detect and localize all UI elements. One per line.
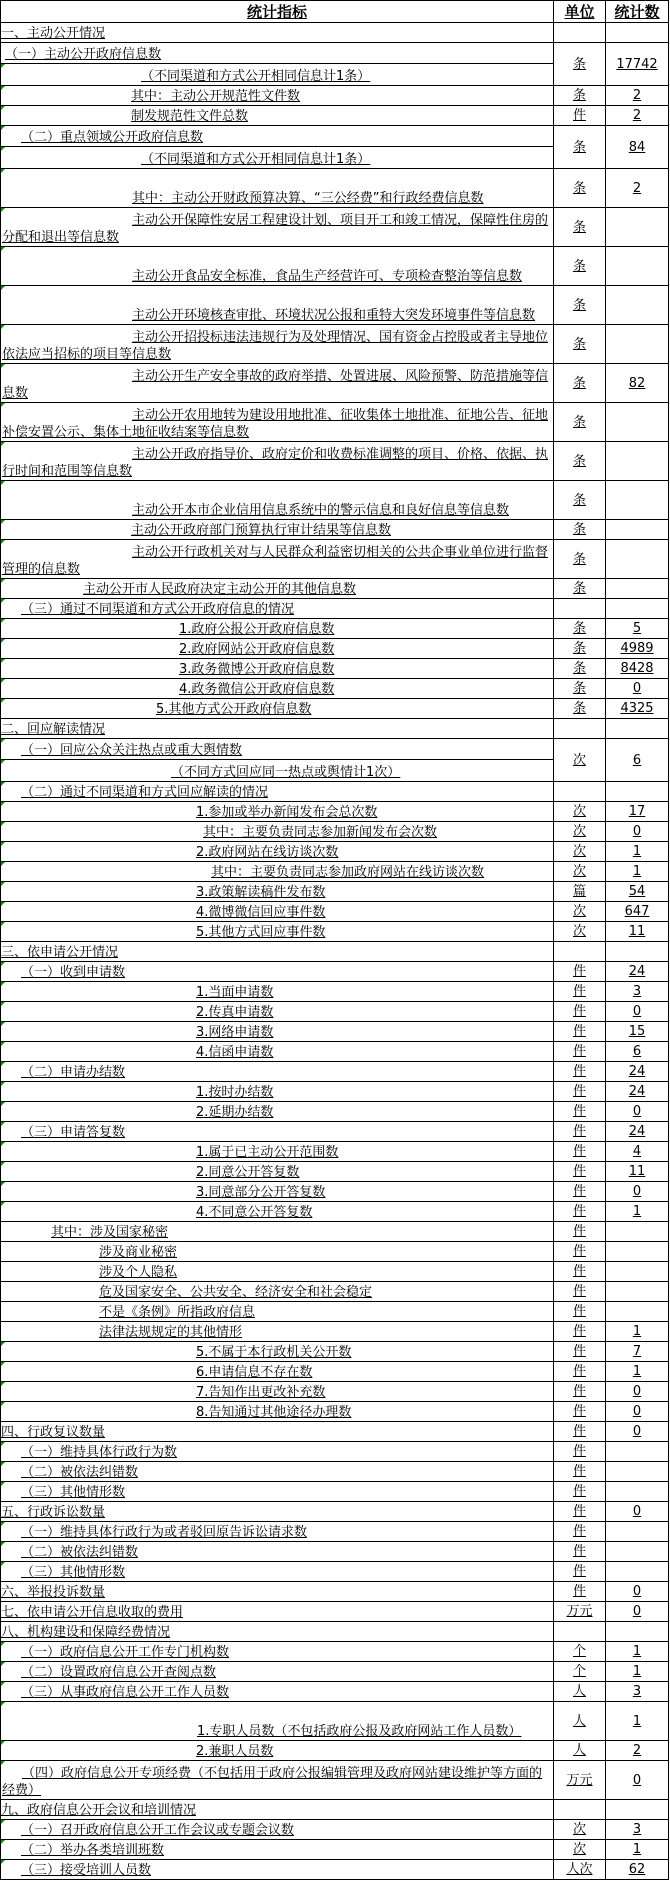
row-unit: 次 [554,862,606,882]
table-row: 主动公开政府指导价、政府定价和收费标准调整的项目、价格、依据、执行时间和范围等信… [1,442,669,481]
table-row: 其中：主要负责同志参加政府网站在线访谈次数次1 [1,862,669,882]
row-unit: 件 [554,1562,606,1582]
row-label: 2.政府网站在线访谈次数 [1,842,554,862]
row-value: 0 [606,1102,669,1122]
row-value [606,719,669,739]
row-label-note: （不同渠道和方式公开相同信息计1条） [1,147,554,169]
table-row: 3.政务微博公开政府信息数条8428 [1,659,669,679]
row-value: 17 [606,802,669,822]
row-value [606,1282,669,1302]
row-value [606,579,669,599]
row-label: 2.兼职人员数 [1,1741,554,1761]
row-unit: 件 [554,1142,606,1162]
header-unit: 单位 [554,1,606,23]
row-value: 3 [606,1682,669,1702]
row-unit: 件 [554,1502,606,1522]
row-label: （一）维持具体行政行为数 [1,1442,554,1462]
table-row: （三）其他情形数件 [1,1562,669,1582]
table-row: 3.网络申请数件15 [1,1022,669,1042]
table-row: 涉及个人隐私件 [1,1262,669,1282]
row-value: 5 [606,619,669,639]
header-indicator: 统计指标 [1,1,554,23]
row-unit: 件 [554,1462,606,1482]
row-value: 24 [606,1082,669,1102]
row-unit: 件 [554,1222,606,1242]
row-label: 1.属于已主动公开范围数 [1,1142,554,1162]
table-row: （一）维持具体行政行为数件 [1,1442,669,1462]
row-value: 8428 [606,659,669,679]
row-value: 4989 [606,639,669,659]
row-unit [554,719,606,739]
row-unit: 篇 [554,882,606,902]
row-value: 0 [606,1382,669,1402]
table-row: （一）回应公众关注热点或重大舆情数次6 [1,739,669,760]
table-row: 8.告知通过其他途径办理数件0 [1,1402,669,1422]
row-label: 主动公开行政机关对与人民群众利益密切相关的公共企事业单位进行监督管理的信息数 [1,540,554,579]
row-unit: 件 [554,1062,606,1082]
row-label: （四）政府信息公开专项经费（不包括用于政府公报编辑管理及政府网站建设维护等方面的… [1,1761,554,1800]
row-label: （一）政府信息公开工作专门机构数 [1,1642,554,1662]
row-label: 2.政府网站公开政府信息数 [1,639,554,659]
table-row: 三、依申请公开情况 [1,942,669,962]
row-unit: 件 [554,1002,606,1022]
row-unit [554,23,606,43]
row-value: 647 [606,902,669,922]
table-row: 主动公开农用地转为建设用地批准、征收集体土地批准、征地公告、征地补偿安置公示、集… [1,403,669,442]
row-value [606,1262,669,1282]
row-label: 其中：主要负责同志参加政府网站在线访谈次数 [1,862,554,882]
row-unit [554,942,606,962]
row-label: 1.当面申请数 [1,982,554,1002]
row-label: 主动公开招投标违法违规行为及处理情况、国有资金占控股或者主导地位依法应当招标的项… [1,325,554,364]
row-value: 11 [606,1162,669,1182]
row-unit: 件 [554,1402,606,1422]
table-row: 2.兼职人员数人2 [1,1741,669,1761]
row-unit: 次 [554,739,606,782]
row-value: 0 [606,679,669,699]
row-label: 六、举报投诉数量 [1,1582,554,1602]
table-row: 其中：主动公开财政预算决算、“三公经费”和行政经费信息数条2 [1,169,669,208]
row-value: 2 [606,106,669,126]
row-value: 2 [606,169,669,208]
row-unit: 件 [554,1542,606,1562]
row-value [606,942,669,962]
row-value: 0 [606,1402,669,1422]
row-value: 0 [606,1422,669,1442]
row-unit: 件 [554,1442,606,1462]
row-value [606,520,669,540]
row-value: 1 [606,1202,669,1222]
row-label: 4.不同意公开答复数 [1,1202,554,1222]
row-label: 四、行政复议数量 [1,1422,554,1442]
row-label: 八、机构建设和保障经费情况 [1,1622,554,1642]
row-unit: 件 [554,1242,606,1262]
row-value: 15 [606,1022,669,1042]
row-unit: 次 [554,822,606,842]
row-label: 主动公开保障性安居工程建设计划、项目开工和竣工情况，保障性住房的分配和退出等信息… [1,208,554,247]
row-label: 三、依申请公开情况 [1,942,554,962]
row-label: （三）申请答复数 [1,1122,554,1142]
row-label: 其中：涉及国家秘密 [1,1222,554,1242]
row-label: 1.专职人员数（不包括政府公报及政府网站工作人员数） [1,1702,554,1741]
row-unit: 件 [554,1202,606,1222]
row-value: 24 [606,1062,669,1082]
table-row: 法律法规规定的其他情形件1 [1,1322,669,1342]
row-label: 主动公开政府指导价、政府定价和收费标准调整的项目、价格、依据、执行时间和范围等信… [1,442,554,481]
row-value: 11 [606,922,669,942]
row-unit: 条 [554,481,606,520]
row-unit: 次 [554,902,606,922]
table-row: 5.其他方式公开政府信息数条4325 [1,699,669,719]
row-label: （二）申请办结数 [1,1062,554,1082]
row-unit: 条 [554,659,606,679]
row-value [606,1522,669,1542]
table-row: 六、举报投诉数量件0 [1,1582,669,1602]
row-unit: 件 [554,962,606,982]
row-unit: 件 [554,106,606,126]
row-value: 82 [606,364,669,403]
row-label: 4.政务微信公开政府信息数 [1,679,554,699]
row-unit: 条 [554,126,606,169]
row-unit: 人 [554,1682,606,1702]
row-label: 3.政务微博公开政府信息数 [1,659,554,679]
table-row: 2.政府网站公开政府信息数条4989 [1,639,669,659]
row-label: 主动公开市人民政府决定主动公开的其他信息数 [1,579,554,599]
table-row: （二）重点领域公开政府信息数条84 [1,126,669,147]
table-row: 不是《条例》所指政府信息件 [1,1302,669,1322]
table-row: 1.按时办结数件24 [1,1082,669,1102]
row-value: 1 [606,1322,669,1342]
row-unit [554,1622,606,1642]
row-unit: 件 [554,1582,606,1602]
row-label: 其中：主要负责同志参加新闻发布会次数 [1,822,554,842]
table-row: （三）通过不同渠道和方式公开政府信息的情况 [1,599,669,619]
row-unit: 件 [554,1082,606,1102]
table-row: （一）维持具体行政行为或者驳回原告诉讼请求数件 [1,1522,669,1542]
row-label: 1.参加或举办新闻发布会总次数 [1,802,554,822]
table-row: 其中：涉及国家秘密件 [1,1222,669,1242]
table-row: 其中：主要负责同志参加新闻发布会次数次0 [1,822,669,842]
table-row: 1.参加或举办新闻发布会总次数次17 [1,802,669,822]
row-label: 危及国家安全、公共安全、经济安全和社会稳定 [1,1282,554,1302]
table-row: 主动公开环境核查审批、环境状况公报和重特大突发环境事件等信息数条 [1,286,669,325]
row-label: 其中：主动公开财政预算决算、“三公经费”和行政经费信息数 [1,169,554,208]
row-value [606,540,669,579]
table-row: 其中：主动公开规范性文件数条2 [1,86,669,106]
row-unit: 件 [554,1342,606,1362]
row-unit: 条 [554,540,606,579]
row-unit: 件 [554,1282,606,1302]
table-row: （一）主动公开政府信息数条17742 [1,43,669,64]
table-row: 7.告知作出更改补充数件0 [1,1382,669,1402]
row-value: 3 [606,982,669,1002]
table-row: 1.当面申请数件3 [1,982,669,1002]
table-body: 一、主动公开情况（一）主动公开政府信息数条17742（不同渠道和方式公开相同信息… [1,23,669,1803]
table-row: （二）被依法纠错数件 [1,1462,669,1482]
table-row: 1.政府公报公开政府信息数条5 [1,619,669,639]
row-value: 6 [606,1042,669,1062]
row-unit: 条 [554,43,606,86]
row-unit: 件 [554,982,606,1002]
row-label: 七、依申请公开信息收取的费用 [1,1602,554,1622]
row-value: 1 [606,1362,669,1382]
row-value [606,481,669,520]
row-value: 2 [606,86,669,106]
table-row: 1.属于已主动公开范围数件4 [1,1142,669,1162]
row-label: （二）被依法纠错数 [1,1462,554,1482]
row-value: 24 [606,962,669,982]
row-label: 2.传真申请数 [1,1002,554,1022]
row-unit: 次 [554,802,606,822]
row-value [606,325,669,364]
row-value [606,247,669,286]
table-row: 涉及商业秘密件 [1,1242,669,1262]
row-value: 7 [606,1342,669,1362]
row-unit: 条 [554,579,606,599]
row-unit: 件 [554,1182,606,1202]
table-row: 主动公开招投标违法违规行为及处理情况、国有资金占控股或者主导地位依法应当招标的项… [1,325,669,364]
row-unit: 件 [554,1102,606,1122]
row-label: （三）其他情形数 [1,1482,554,1502]
row-label: 6.申请信息不存在数 [1,1362,554,1382]
row-unit: 件 [554,1322,606,1342]
statistics-table: 统计指标 单位 统计数 一、主动公开情况（一）主动公开政府信息数条17742（不… [0,0,669,1802]
row-value: 17742 [606,43,669,86]
row-label: （二）被依法纠错数 [1,1542,554,1562]
row-value: 24 [606,1122,669,1142]
row-value [606,599,669,619]
row-label: 3.同意部分公开答复数 [1,1182,554,1202]
table-row: 主动公开行政机关对与人民群众利益密切相关的公共企事业单位进行监督管理的信息数条 [1,540,669,579]
row-label: 主动公开政府部门预算执行审计结果等信息数 [1,520,554,540]
table-row: 2.政府网站在线访谈次数次1 [1,842,669,862]
table-row: 七、依申请公开信息收取的费用万元0 [1,1602,669,1622]
row-value: 4 [606,1142,669,1162]
row-unit: 次 [554,922,606,942]
table-row: 4.不同意公开答复数件1 [1,1202,669,1222]
row-label: （三）其他情形数 [1,1562,554,1582]
row-value [606,1442,669,1462]
row-label: 8.告知通过其他途径办理数 [1,1402,554,1422]
row-value: 0 [606,1602,669,1622]
table-row: 5.不属于本行政机关公开数件7 [1,1342,669,1362]
table-row: 1.专职人员数（不包括政府公报及政府网站工作人员数）人1 [1,1702,669,1741]
table-row: 2.同意公开答复数件11 [1,1162,669,1182]
row-value [606,1462,669,1482]
table-row: 五、行政诉讼数量件0 [1,1502,669,1522]
row-label: 其中：主动公开规范性文件数 [1,86,554,106]
row-value: 84 [606,126,669,169]
row-unit: 条 [554,442,606,481]
row-unit: 条 [554,169,606,208]
row-value [606,1302,669,1322]
row-value: 0 [606,1502,669,1522]
row-unit [554,782,606,802]
row-value: 54 [606,882,669,902]
row-label: 主动公开本市企业信用信息系统中的警示信息和良好信息等信息数 [1,481,554,520]
row-value: 1 [606,842,669,862]
header-count: 统计数 [606,1,669,23]
row-unit: 条 [554,520,606,540]
row-unit: 条 [554,208,606,247]
table-row: （一）收到申请数件24 [1,962,669,982]
row-label: 主动公开生产安全事故的政府举措、处置进展、风险预警、防范措施等信息数 [1,364,554,403]
row-unit: 条 [554,325,606,364]
row-unit: 件 [554,1302,606,1322]
row-label: （一）维持具体行政行为或者驳回原告诉讼请求数 [1,1522,554,1542]
row-value: 0 [606,1761,669,1800]
row-label: 5.其他方式公开政府信息数 [1,699,554,719]
table-row: （三）申请答复数件24 [1,1122,669,1142]
row-unit: 条 [554,619,606,639]
row-label-note: （不同方式回应同一热点或舆情计1次） [1,760,554,782]
table-row: 5.其他方式回应事件数次11 [1,922,669,942]
row-value [606,1562,669,1582]
row-value: 0 [606,822,669,842]
table-row: 4.微博微信回应事件数次647 [1,902,669,922]
row-unit: 次 [554,842,606,862]
row-value [606,286,669,325]
table-row: 主动公开本市企业信用信息系统中的警示信息和良好信息等信息数条 [1,481,669,520]
table-row: 3.政策解读稿件发布数篇54 [1,882,669,902]
row-value [606,23,669,43]
row-value: 4325 [606,699,669,719]
row-label: 3.网络申请数 [1,1022,554,1042]
table-row: 主动公开食品安全标准，食品生产经营许可、专项检查整治等信息数条 [1,247,669,286]
row-unit: 件 [554,1022,606,1042]
row-unit: 条 [554,286,606,325]
table-row: 主动公开政府部门预算执行审计结果等信息数条 [1,520,669,540]
row-unit: 人 [554,1741,606,1761]
row-value: 6 [606,739,669,782]
table-row: 一、主动公开情况 [1,23,669,43]
table-row: 八、机构建设和保障经费情况 [1,1622,669,1642]
row-unit: 万元 [554,1761,606,1800]
row-unit: 条 [554,639,606,659]
row-label: 5.其他方式回应事件数 [1,922,554,942]
row-unit: 件 [554,1162,606,1182]
row-label: 一、主动公开情况 [1,23,554,43]
row-value: 1 [606,862,669,882]
row-unit: 件 [554,1122,606,1142]
row-label: 1.按时办结数 [1,1082,554,1102]
row-value [606,1482,669,1502]
row-label: 1.政府公报公开政府信息数 [1,619,554,639]
table-row: （二）申请办结数件24 [1,1062,669,1082]
header-row: 统计指标 单位 统计数 [1,1,669,23]
row-label: （一）收到申请数 [1,962,554,982]
table-row: 2.延期办结数件0 [1,1102,669,1122]
row-label: 主动公开食品安全标准，食品生产经营许可、专项检查整治等信息数 [1,247,554,286]
row-label: 2.延期办结数 [1,1102,554,1122]
row-value: 1 [606,1642,669,1662]
row-unit: 件 [554,1362,606,1382]
row-label: 主动公开农用地转为建设用地批准、征收集体土地批准、征地公告、征地补偿安置公示、集… [1,403,554,442]
table-row: 主动公开市人民政府决定主动公开的其他信息数条 [1,579,669,599]
row-label: （一）主动公开政府信息数 [1,43,554,64]
row-label: 5.不属于本行政机关公开数 [1,1342,554,1362]
row-label: 法律法规规定的其他情形 [1,1322,554,1342]
row-unit: 个 [554,1662,606,1682]
row-unit: 条 [554,403,606,442]
row-unit: 件 [554,1262,606,1282]
table-row: （一）政府信息公开工作专门机构数个1 [1,1642,669,1662]
row-unit: 件 [554,1422,606,1442]
table-row: 4.信函申请数件6 [1,1042,669,1062]
table-row: （二）被依法纠错数件 [1,1542,669,1562]
row-label: 主动公开环境核查审批、环境状况公报和重特大突发环境事件等信息数 [1,286,554,325]
row-label: 7.告知作出更改补充数 [1,1382,554,1402]
row-unit: 条 [554,247,606,286]
table-row: 6.申请信息不存在数件1 [1,1362,669,1382]
table-row: （二）设置政府信息公开查阅点数个1 [1,1662,669,1682]
table-row: （二）通过不同渠道和方式回应解读的情况 [1,782,669,802]
row-label: 2.同意公开答复数 [1,1162,554,1182]
table-row: （三）其他情形数件 [1,1482,669,1502]
row-unit: 人 [554,1702,606,1741]
row-unit: 件 [554,1482,606,1502]
row-label: 五、行政诉讼数量 [1,1502,554,1522]
row-label: 4.信函申请数 [1,1042,554,1062]
row-value [606,403,669,442]
row-value: 1 [606,1662,669,1682]
table-row: 危及国家安全、公共安全、经济安全和社会稳定件 [1,1282,669,1302]
row-label: 4.微博微信回应事件数 [1,902,554,922]
table-row: 3.同意部分公开答复数件0 [1,1182,669,1202]
row-unit: 万元 [554,1602,606,1622]
row-value: 1 [606,1702,669,1741]
table-row: 2.传真申请数件0 [1,1002,669,1022]
table-row: 主动公开生产安全事故的政府举措、处置进展、风险预警、防范措施等信息数条82 [1,364,669,403]
row-label-note: （不同渠道和方式公开相同信息计1条） [1,64,554,86]
row-value [606,1222,669,1242]
row-label: 不是《条例》所指政府信息 [1,1302,554,1322]
row-label: （二）重点领域公开政府信息数 [1,126,554,147]
row-unit: 个 [554,1642,606,1662]
table-row: （三）从事政府信息公开工作人员数人3 [1,1682,669,1702]
table-row: （四）政府信息公开专项经费（不包括用于政府公报编辑管理及政府网站建设维护等方面的… [1,1761,669,1800]
row-unit: 条 [554,679,606,699]
row-unit: 条 [554,86,606,106]
table-row: 4.政务微信公开政府信息数条0 [1,679,669,699]
table-row: 二、回应解读情况 [1,719,669,739]
table-row: 四、行政复议数量件0 [1,1422,669,1442]
row-value: 2 [606,1741,669,1761]
row-label: 涉及商业秘密 [1,1242,554,1262]
row-label: （二）设置政府信息公开查阅点数 [1,1662,554,1682]
row-value [606,1242,669,1262]
row-label: （二）通过不同渠道和方式回应解读的情况 [1,782,554,802]
row-label: （三）通过不同渠道和方式公开政府信息的情况 [1,599,554,619]
row-unit: 件 [554,1382,606,1402]
row-value: 0 [606,1582,669,1602]
row-label: 3.政策解读稿件发布数 [1,882,554,902]
table-row: 制发规范性文件总数件2 [1,106,669,126]
row-value: 0 [606,1182,669,1202]
row-value [606,208,669,247]
row-label: 二、回应解读情况 [1,719,554,739]
row-unit: 件 [554,1522,606,1542]
row-label: （一）回应公众关注热点或重大舆情数 [1,739,554,760]
row-label: 制发规范性文件总数 [1,106,554,126]
row-unit: 条 [554,699,606,719]
table-row: 主动公开保障性安居工程建设计划、项目开工和竣工情况，保障性住房的分配和退出等信息… [1,208,669,247]
row-value [606,782,669,802]
row-value: 0 [606,1002,669,1022]
row-value [606,1622,669,1642]
row-label: 涉及个人隐私 [1,1262,554,1282]
row-unit: 条 [554,364,606,403]
